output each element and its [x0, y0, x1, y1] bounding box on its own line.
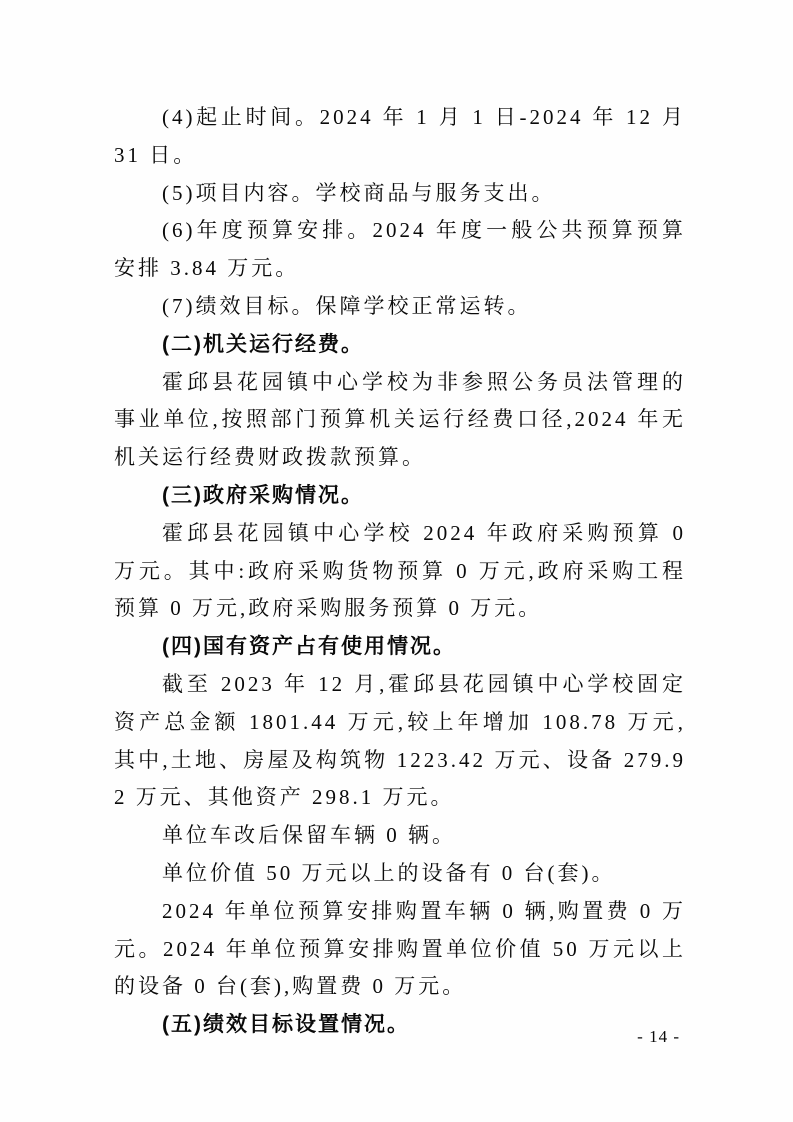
para-equipment-over-500k: 单位价值 50 万元以上的设备有 0 台(套)。	[114, 855, 686, 893]
para-operating-funds-detail: 霍邱县花园镇中心学校为非参照公务员法管理的事业单位,按照部门预算机关运行经费口径…	[114, 364, 686, 477]
para-retained-vehicles: 单位车改后保留车辆 0 辆。	[114, 817, 686, 855]
para-6-annual-budget-arrangement: (6)年度预算安排。2024 年度一般公共预算预算安排 3.84 万元。	[114, 212, 686, 288]
document-body: (4)起止时间。2024 年 1 月 1 日-2024 年 12 月 31 日。…	[114, 99, 686, 1044]
para-state-assets-detail: 截至 2023 年 12 月,霍邱县花园镇中心学校固定资产总金额 1801.44…	[114, 666, 686, 817]
para-2024-purchase-plan: 2024 年单位预算安排购置车辆 0 辆,购置费 0 万元。2024 年单位预算…	[114, 893, 686, 1006]
heading-section-5-performance-targets: (五)绩效目标设置情况。	[114, 1006, 686, 1044]
heading-section-2-operating-funds: (二)机关运行经费。	[114, 326, 686, 364]
heading-section-4-state-assets: (四)国有资产占有使用情况。	[114, 628, 686, 666]
page-number: - 14 -	[637, 1026, 680, 1048]
para-7-performance-goal: (7)绩效目标。保障学校正常运转。	[114, 288, 686, 326]
para-5-project-content: (5)项目内容。学校商品与服务支出。	[114, 175, 686, 213]
para-gov-procurement-detail: 霍邱县花园镇中心学校 2024 年政府采购预算 0 万元。其中:政府采购货物预算…	[114, 515, 686, 628]
document-page: (4)起止时间。2024 年 1 月 1 日-2024 年 12 月 31 日。…	[0, 0, 793, 1122]
para-4-start-end-time: (4)起止时间。2024 年 1 月 1 日-2024 年 12 月 31 日。	[114, 99, 686, 175]
heading-section-3-gov-procurement: (三)政府采购情况。	[114, 477, 686, 515]
